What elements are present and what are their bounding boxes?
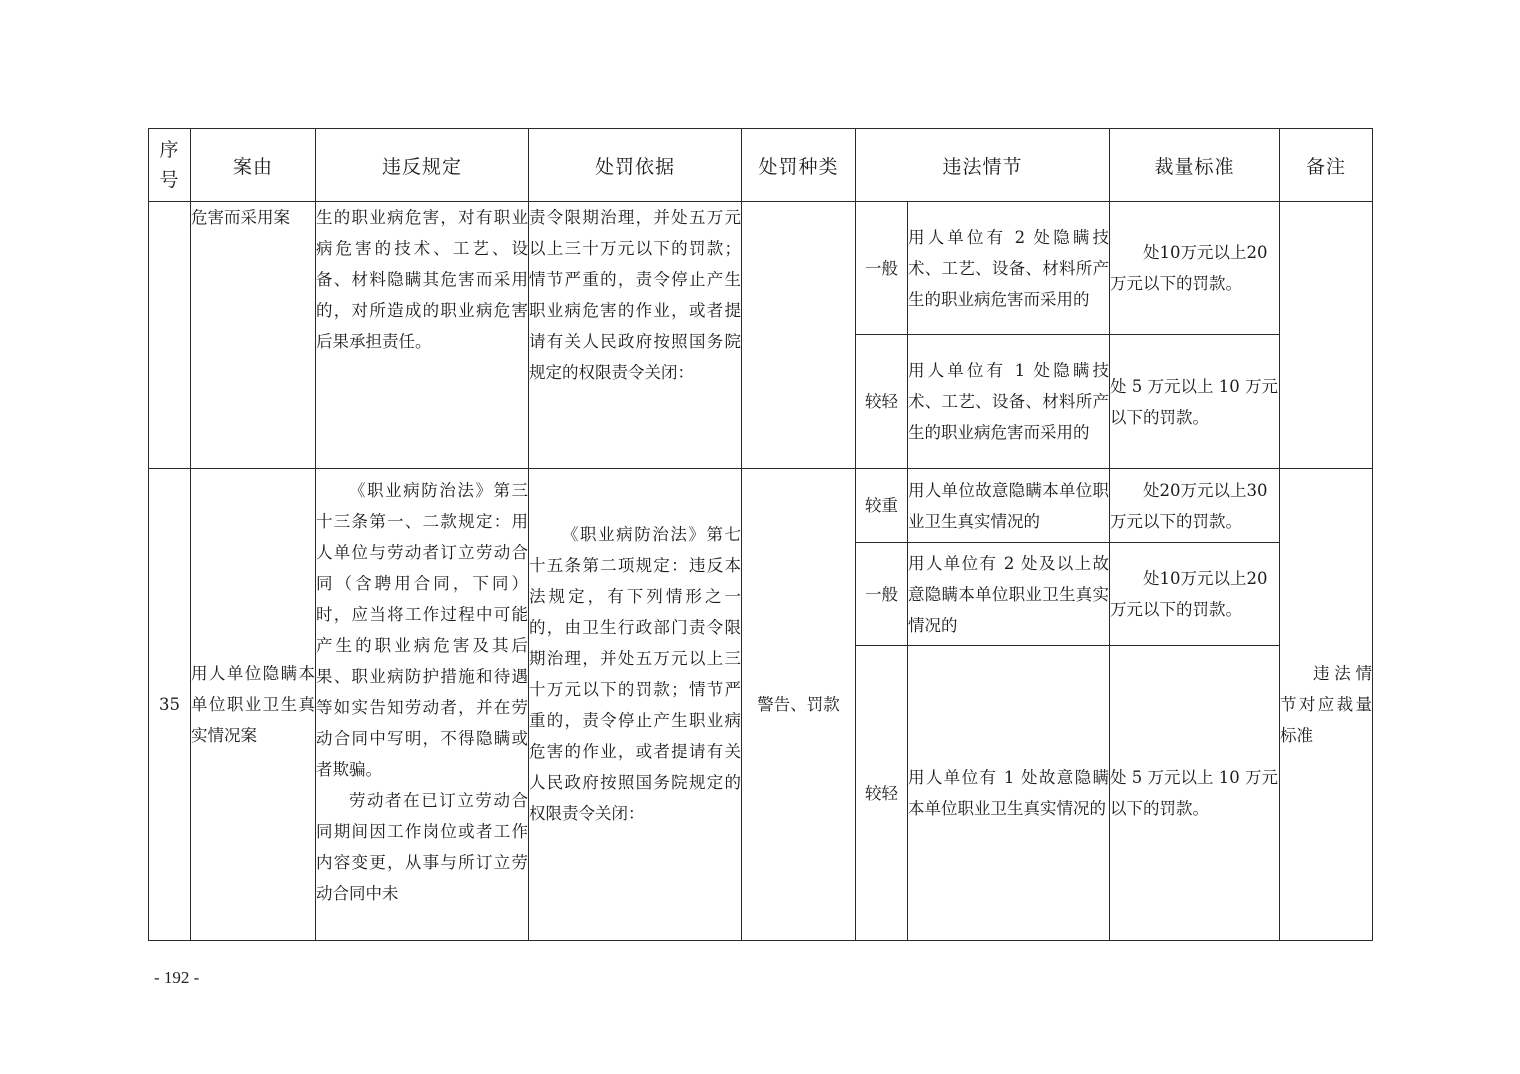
cell-standard: 处10万元以上20万元以下的罚款。 [1110, 202, 1280, 335]
cell-remark: 违法情节对应裁量标准 [1280, 469, 1373, 941]
table-row: 35 用人单位隐瞒本单位职业卫生真实情况案 《职业病防治法》第三十三条第一、二款… [149, 469, 1373, 543]
header-standard: 裁量标准 [1110, 129, 1280, 202]
cell-standard: 处 5 万元以上 10 万元以下的罚款。 [1110, 646, 1280, 941]
cell-circumstance: 用人单位有 1 处隐瞒技术、工艺、设备、材料所产生的职业病危害而采用的 [908, 335, 1110, 469]
cell-level: 一般 [856, 202, 908, 335]
cell-level: 较轻 [856, 646, 908, 941]
header-circumstance: 违法情节 [856, 129, 1110, 202]
cell-seq: 35 [149, 469, 191, 941]
header-remark: 备注 [1280, 129, 1373, 202]
violation-paragraph-1: 《职业病防治法》第三十三条第一、二款规定：用人单位与劳动者订立劳动合同（含聘用合… [316, 469, 528, 785]
header-violation: 违反规定 [316, 129, 529, 202]
cell-circumstance: 用人单位有 2 处及以上故意隐瞒本单位职业卫生真实情况的 [908, 543, 1110, 646]
violation-paragraph-2: 劳动者在已订立劳动合同期间因工作岗位或者工作内容变更，从事与所订立劳动合同中未 [316, 785, 528, 909]
cell-case: 用人单位隐瞒本单位职业卫生真实情况案 [191, 469, 316, 941]
cell-basis: 《职业病防治法》第七十五条第二项规定：违反本法规定，有下列情形之一的，由卫生行政… [529, 469, 742, 941]
cell-seq [149, 202, 191, 469]
cell-violation: 《职业病防治法》第三十三条第一、二款规定：用人单位与劳动者订立劳动合同（含聘用合… [316, 469, 529, 941]
page-number: - 192 - [154, 968, 199, 988]
cell-level: 一般 [856, 543, 908, 646]
header-basis: 处罚依据 [529, 129, 742, 202]
cell-penalty-type: 警告、罚款 [742, 469, 856, 941]
header-penalty-type: 处罚种类 [742, 129, 856, 202]
table-header-row: 序 号 案由 违反规定 处罚依据 处罚种类 违法情节 裁量标准 备注 [149, 129, 1373, 202]
document-page: 序 号 案由 违反规定 处罚依据 处罚种类 违法情节 裁量标准 备注 危害而采用… [0, 0, 1520, 1074]
cell-standard: 处 5 万元以上 10 万元以下的罚款。 [1110, 335, 1280, 469]
cell-standard: 处20万元以上30万元以下的罚款。 [1110, 469, 1280, 543]
table-row: 危害而采用案 生的职业病危害，对有职业病危害的技术、工艺、设备、材料隐瞒其危害而… [149, 202, 1373, 335]
cell-penalty-type [742, 202, 856, 469]
cell-circumstance: 用人单位有 1 处故意隐瞒本单位职业卫生真实情况的 [908, 646, 1110, 941]
cell-case: 危害而采用案 [191, 202, 316, 469]
cell-level: 较轻 [856, 335, 908, 469]
penalty-discretion-table: 序 号 案由 违反规定 处罚依据 处罚种类 违法情节 裁量标准 备注 危害而采用… [148, 128, 1373, 941]
header-seq: 序 号 [149, 129, 191, 202]
cell-standard: 处10万元以上20万元以下的罚款。 [1110, 543, 1280, 646]
cell-level: 较重 [856, 469, 908, 543]
header-case: 案由 [191, 129, 316, 202]
cell-remark [1280, 202, 1373, 469]
cell-circumstance: 用人单位有 2 处隐瞒技术、工艺、设备、材料所产生的职业病危害而采用的 [908, 202, 1110, 335]
cell-circumstance: 用人单位故意隐瞒本单位职业卫生真实情况的 [908, 469, 1110, 543]
cell-violation: 生的职业病危害，对有职业病危害的技术、工艺、设备、材料隐瞒其危害而采用的，对所造… [316, 202, 529, 469]
cell-basis: 责令限期治理，并处五万元以上三十万元以下的罚款；情节严重的，责令停止产生职业病危… [529, 202, 742, 469]
